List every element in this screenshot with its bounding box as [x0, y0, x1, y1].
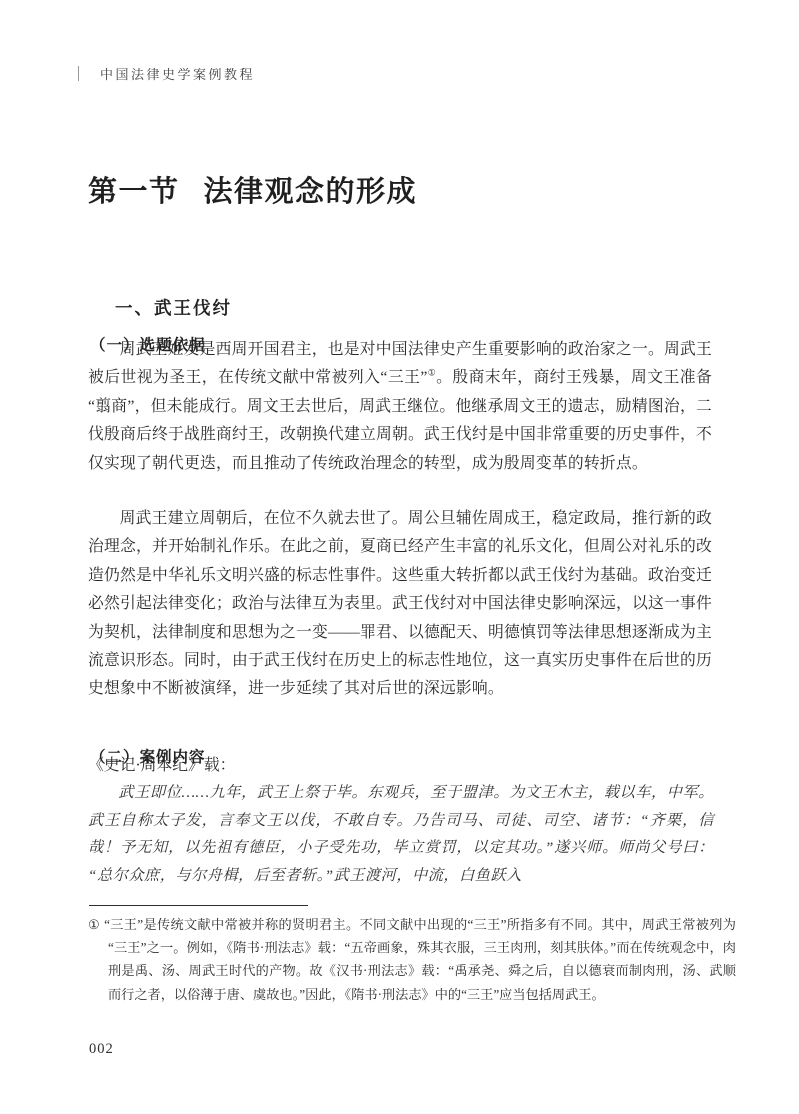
footnote-text: “三王”是传统文献中常被并称的贤明君主。不同文献中出现的“三王”所指多有不同。其… — [104, 917, 736, 1002]
footnote-marker: ① — [88, 917, 100, 932]
running-header: 中国法律史学案例教程 — [78, 64, 255, 83]
footnote: ①“三王”是传统文献中常被并称的贤明君主。不同文献中出现的“三王”所指多有不同。… — [88, 913, 736, 1006]
classical-quote: 武王即位……九年，武王上祭于毕。东观兵，至于盟津。为文王木主，载以车，中军。武王… — [88, 779, 714, 889]
running-header-title: 中国法律史学案例教程 — [100, 64, 255, 83]
footnote-reference-marker: ① — [428, 368, 437, 378]
chapter-number: 第一节 — [88, 176, 180, 208]
page-number: 002 — [89, 1041, 114, 1058]
chapter-title: 第一节法律观念的形成 — [88, 169, 417, 210]
paragraph-1: 周武王姬发是西周开国君主，也是对中国法律史产生重要影响的政治家之一。周武王被后世… — [88, 336, 712, 478]
header-divider-bar — [78, 66, 79, 81]
section-heading: 一、武王伐纣 — [115, 295, 232, 320]
footnote-separator-rule — [89, 905, 308, 906]
quote-source-line: 《史记·周本纪》载： — [88, 754, 712, 778]
paragraph-2: 周武王建立周朝后，在位不久就去世了。周公旦辅佐周成王，稳定政局，推行新的政治理念… — [88, 505, 712, 704]
book-page: 中国法律史学案例教程 第一节法律观念的形成 一、武王伐纣 （一）选题依据 周武王… — [0, 0, 799, 1114]
chapter-title-text: 法律观念的形成 — [204, 176, 418, 208]
